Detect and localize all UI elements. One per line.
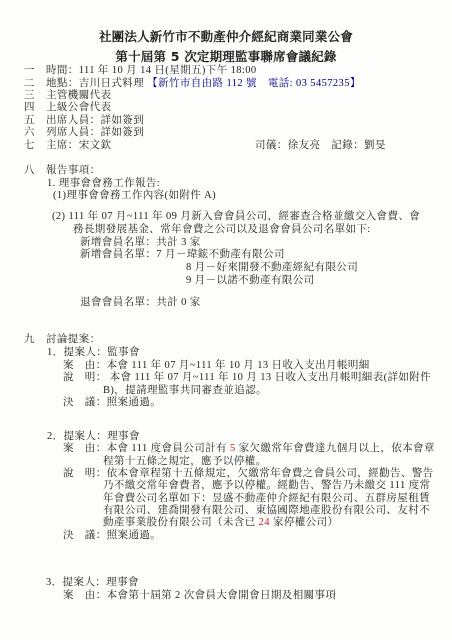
meta-observers: 列席人員：詳如簽到: [46, 127, 144, 139]
proposal1-note-line1: 說 明： 本會 111 年 07 月~111 年 10 月 13 日收入支出月帳…: [63, 372, 431, 384]
meta-authority-rep: 主管機關代表: [46, 90, 111, 102]
proposal3-header: 3．提案人：理事會: [46, 577, 139, 589]
meta-location-text: 地點：吉川日式料理: [46, 78, 147, 89]
proposal1-note-line2: B)，提請理監事共同審查並追認。: [103, 385, 267, 397]
list-num-6: 六: [24, 127, 35, 139]
new-member-september: 9 月－以諾不動產有限公司: [186, 275, 315, 287]
meta-location: 地點：吉川日式料理 【新竹市自由路 112 號 電話: 03 5457235】: [46, 78, 361, 90]
proposal2-note-line3: 年會費公司名單如下：昱盛不動產仲介經紀有限公司、五群房屋租賃: [103, 493, 430, 505]
proposal3-case: 案 由：本會第十屆第 2 次會員大會開會日期及相關事項: [63, 590, 336, 602]
proposal2-resolution: 決 議：照案通過。: [63, 530, 161, 542]
reports-item2-line1: (2) 111 年 07 月~111 年 09 月新入會會員公司，經審查合格並繳…: [52, 211, 420, 223]
proposal2-case-line1: 案 由：本會 111 度會員公司計有 5 家欠繳常年會費達九個月以上，依本會章: [63, 443, 435, 455]
list-num-8: 八: [24, 165, 35, 177]
meta-chairman: 主席：宋文欽: [46, 140, 111, 152]
proposal2-note-line5: 動產事業股份有限公司（未含已 24 家停權公司）: [103, 517, 338, 529]
meta-location-venue-detail: 【新竹市自由路 112 號 電話: 03 5457235】: [147, 78, 361, 89]
reports-item1: 1. 理事會會務工作報告:: [47, 178, 160, 190]
proposal2-note-line1: 說 明：依本會章程第十五條規定，欠繳常年會費之會員公司，經勸告、警告: [63, 468, 434, 480]
list-num-5: 五: [24, 115, 35, 127]
new-members-count: 新增會員名單：共計 3 家: [80, 237, 201, 249]
document-page: 社團法人新竹市不動產仲介經紀商業同業公會 第十屆第 5 次定期理監事聯席會議紀錄…: [0, 0, 452, 640]
list-num-1: 一: [24, 65, 35, 77]
proposal2-note-text-a: 動產事業股份有限公司（未含已: [103, 517, 259, 528]
discussion-section-title: 討論提案：: [46, 334, 101, 346]
proposal1-header: 1．提案人：監事會: [47, 347, 140, 359]
proposal2-case-line2: 程第十五條之規定，應予以停權。: [103, 456, 267, 468]
list-num-7: 七: [24, 140, 35, 152]
reports-section-title: 報告事項：: [46, 165, 101, 177]
new-member-july: 新增會員名單：7 月－瑋鋐不動產有限公司: [80, 249, 285, 261]
meta-attendees: 出席人員：詳如簽到: [46, 115, 144, 127]
new-member-august: 8 月－好來開發不動產經紀有限公司: [186, 262, 358, 274]
list-num-3: 三: [24, 90, 35, 102]
reports-item1-sub: (1)理事會會務工作內容(如附件 A): [53, 190, 216, 202]
proposal2-note-line4: 有限公司、建喬開發有限公司、東協國際地產股份有限公司、友村不: [103, 505, 430, 517]
list-num-9: 九: [24, 334, 35, 346]
proposal2-case-text-a: 案 由：本會 111 度會員公司計有: [63, 443, 230, 454]
list-num-4: 四: [24, 102, 35, 114]
proposal2-note-line2: 乃不繳交常年會費者，應予以停權。經勸告、警告乃未繳交 111 度常: [103, 480, 430, 492]
proposal1-resolution: 決 議：照案通過。: [63, 397, 161, 409]
doc-title-line2: 第十屆第 5 次定期理監事聯席會議紀錄: [0, 50, 452, 64]
meta-mc-and-recorder: 司儀：徐友亮 記錄：劉旻: [255, 140, 386, 152]
proposal2-note-text-c: 家停權公司）: [270, 517, 338, 528]
list-num-2: 二: [24, 78, 35, 90]
proposal2-case-text-c: 家欠繳常年會費達九個月以上，依本會章: [236, 443, 435, 454]
reports-item2-line2: 務長期發展基金、常年會費之公司以及退會會員公司名單如下:: [73, 224, 371, 236]
withdrawn-members-count: 退會會員名單：共計 0 家: [80, 297, 201, 309]
meta-time: 時間：111 年 10 月 14 日(星期五)下午 18:00: [46, 65, 257, 77]
meta-upper-assoc-rep: 上級公會代表: [46, 102, 111, 114]
proposal2-suspended-count: 24: [259, 517, 270, 528]
proposal2-header: 2．提案人：理事會: [47, 431, 140, 443]
proposal1-case: 案 由：本會 111 年 07 月~111 年 10 月 13 日收入支出月帳明…: [63, 360, 370, 372]
doc-title-line1: 社團法人新竹市不動產仲介經紀商業同業公會: [0, 30, 452, 44]
